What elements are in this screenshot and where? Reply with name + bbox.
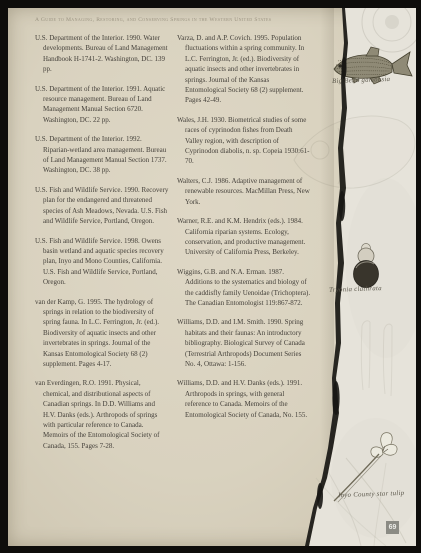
bib-entry: U.S. Department of the Interior. 1991. A… — [35, 84, 169, 126]
page-frame: A Guide to Managing, Restoring, and Cons… — [0, 0, 421, 553]
bibliography-column-left: U.S. Department of the Interior. 1990. W… — [35, 33, 169, 460]
bib-entry: van Everdingen, R.O. 1991. Physical, che… — [35, 378, 169, 451]
bib-entry: U.S. Fish and Wildlife Service. 1998. Ow… — [35, 236, 169, 288]
bib-entry: U.S. Department of the Interior. 1990. W… — [35, 33, 169, 75]
bib-entry: U.S. Department of the Interior. 1992. R… — [35, 134, 169, 176]
page-number-badge: 69 — [386, 521, 399, 534]
book-page: A Guide to Managing, Restoring, and Cons… — [8, 8, 416, 546]
bib-entry: U.S. Fish and Wildlife Service. 1990. Re… — [35, 185, 169, 227]
torn-page-illustrations — [286, 8, 416, 546]
bib-entry: van der Kamp, G. 1995. The hydrology of … — [35, 297, 169, 370]
bibliography: U.S. Department of the Interior. 1990. W… — [35, 33, 315, 460]
